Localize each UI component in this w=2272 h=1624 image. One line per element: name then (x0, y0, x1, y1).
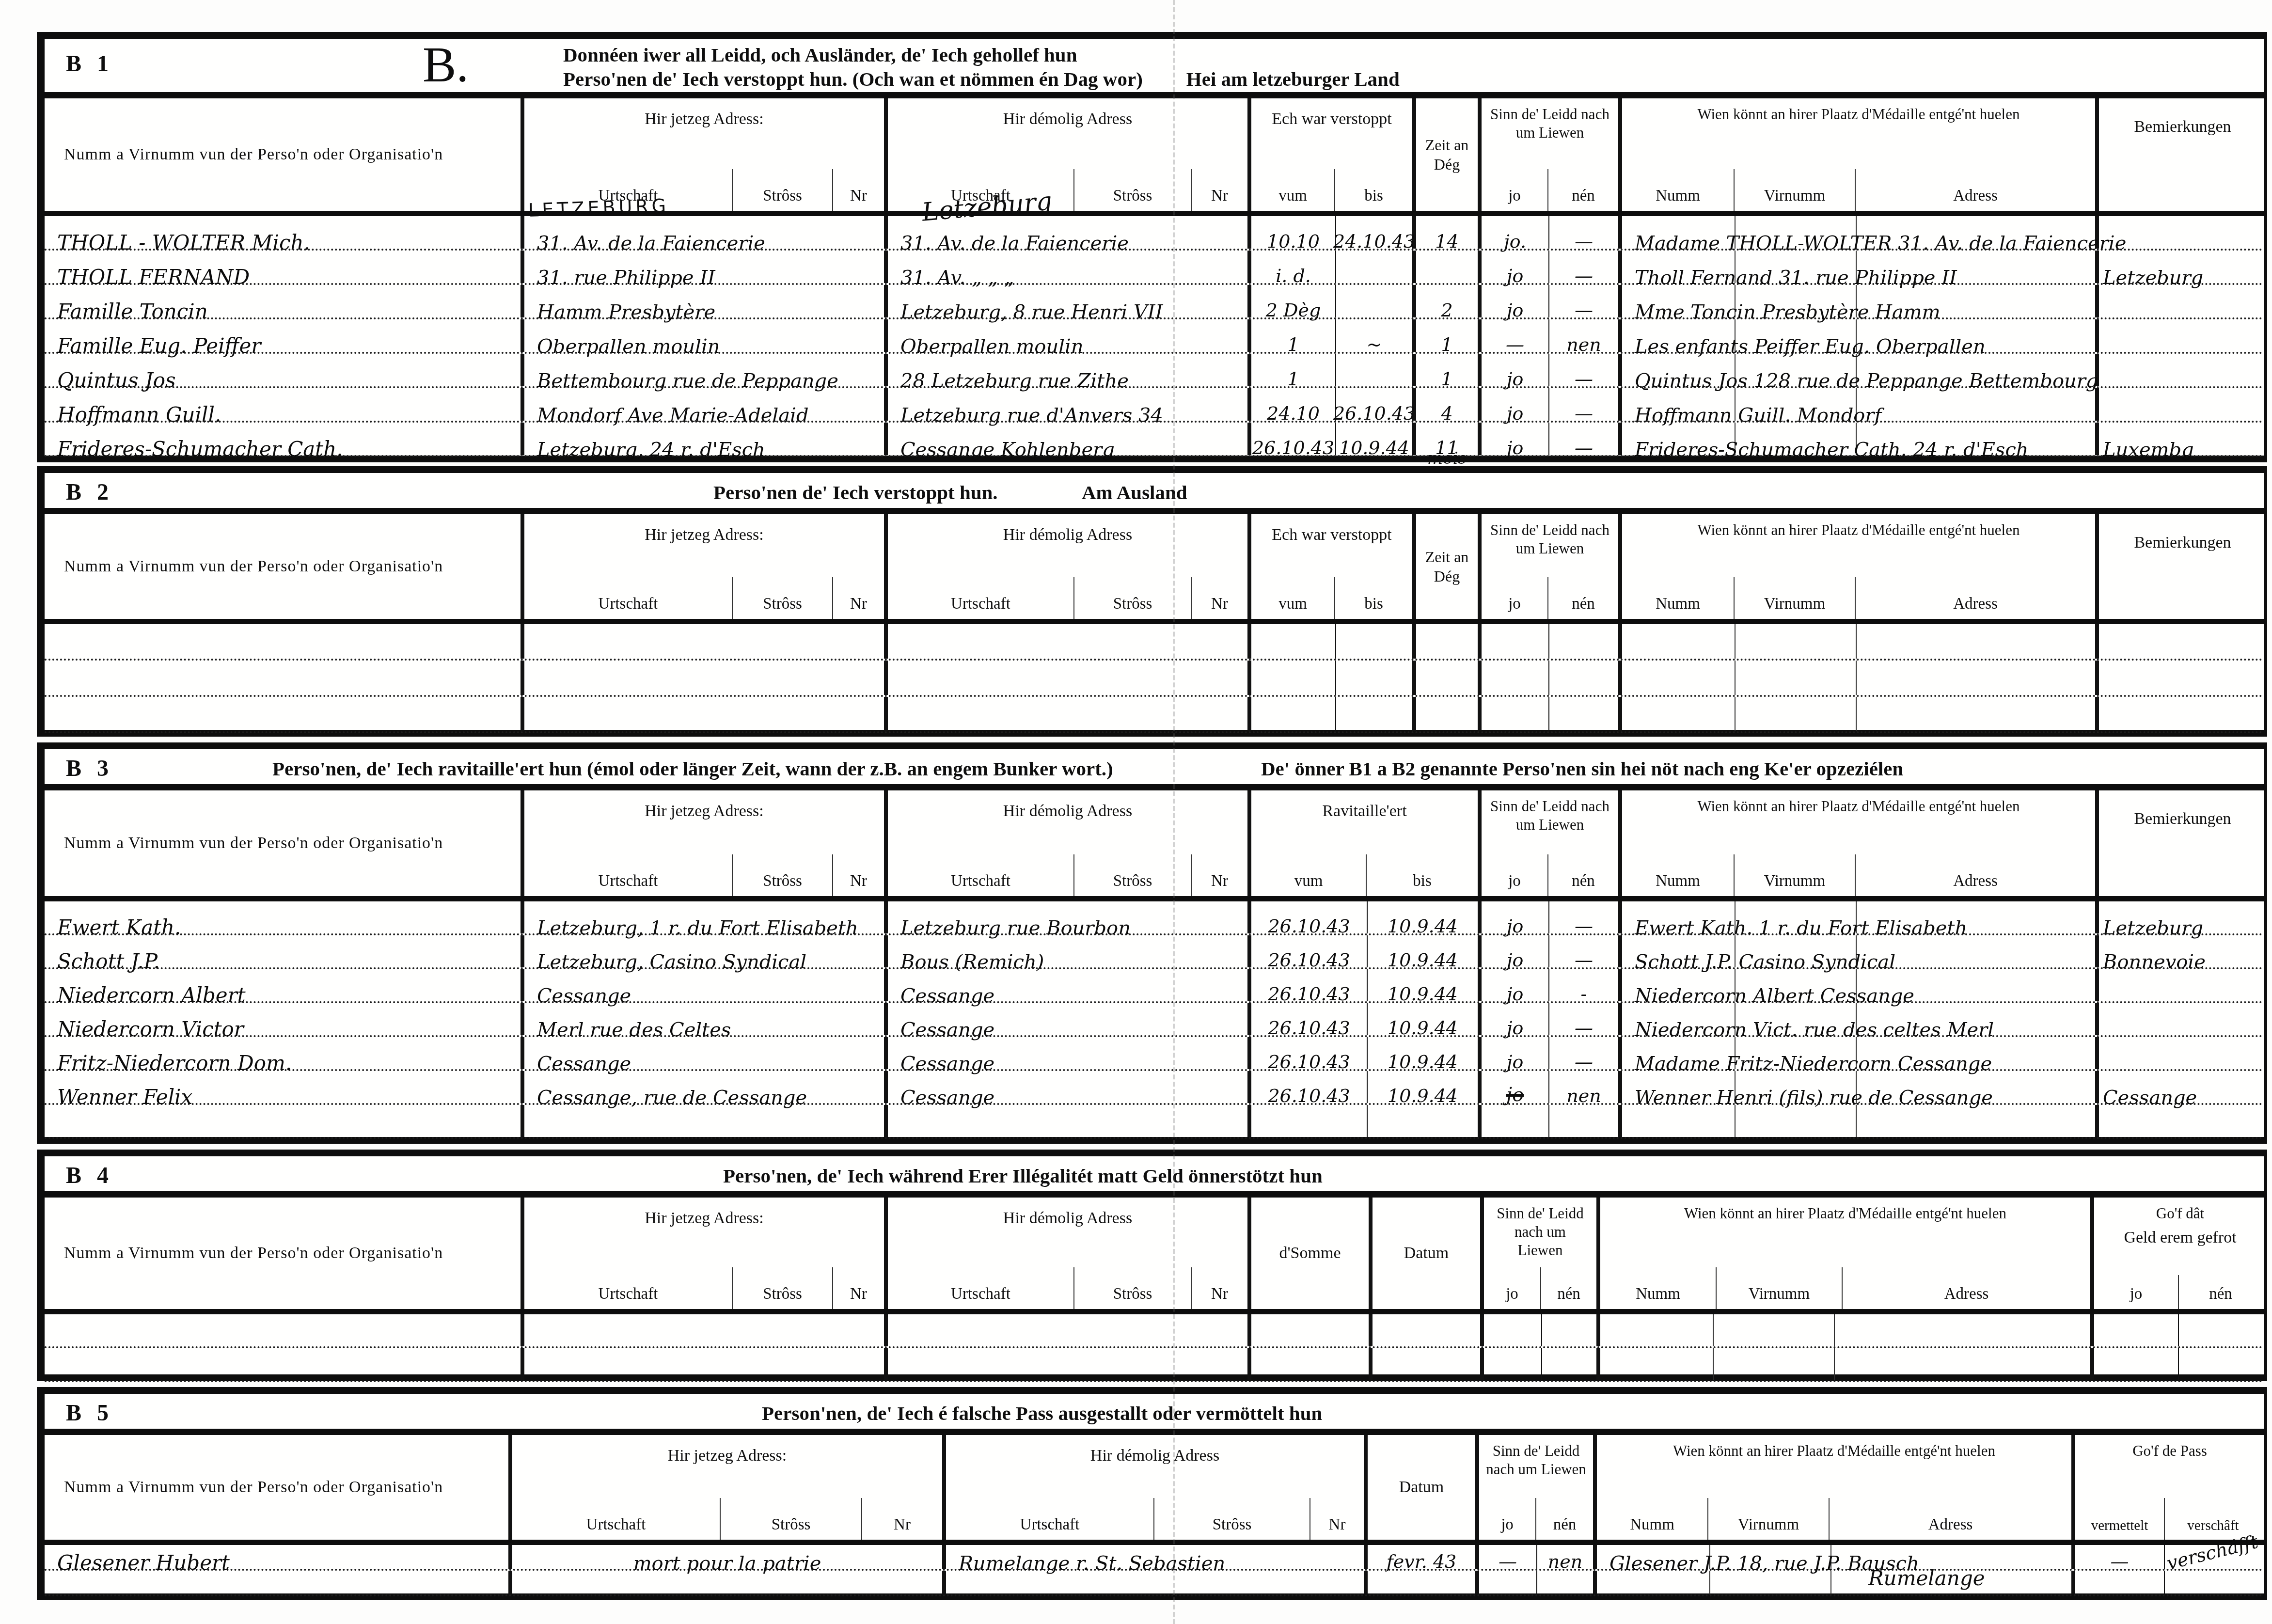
cell-vum: i. d. (1251, 251, 1336, 283)
table-row: Famille Toncin Hamm Presbytère Letzeburg… (45, 285, 2264, 319)
table-row: Schott J.P. Letzeburg, Casino Syndical B… (45, 935, 2264, 969)
header-col-bemierkungen: Bemierkungen (2099, 790, 2266, 896)
cell-bis: 26.10.43 (1336, 388, 1416, 421)
handwritten-date: 10.10 (1267, 232, 1320, 252)
handwritten-date: 26.10.43 (1252, 439, 1334, 458)
handwritten-address: Cessange (537, 1054, 631, 1074)
handwritten-address: 31. rue Philippe II (537, 268, 715, 288)
cell-medal-recipient: Madame Fritz-Niedercorn Cessange (1622, 1037, 2099, 1069)
handwritten-jo: jo (1507, 370, 1524, 389)
handwritten-address: Oberpallen moulin (537, 336, 720, 357)
cell-medal-recipient: Les enfants Peiffer Eug. Oberpallen (1622, 319, 2099, 352)
handwritten-address: Merl rue des Celtes (537, 1020, 731, 1040)
handwritten-address: Letzeburg, Casino Syndical (537, 952, 806, 972)
cell-name: Wenner Felix (45, 1071, 524, 1103)
cell-nen (1537, 1571, 1597, 1594)
cell-bis: 10.9.44 (1368, 1003, 1482, 1035)
cell-bis (1336, 697, 1416, 731)
handwritten-date: 1 (1287, 335, 1299, 355)
handwritten-jo: — (1499, 1552, 1517, 1572)
cell-vum: 1 (1251, 354, 1336, 386)
cell-medal-recipient: Tholl Fernand 31. rue Philippe II (1622, 251, 2099, 283)
cell-zeit: 4 (1416, 388, 1482, 421)
cell-demolig-adress: Cessange (888, 1003, 1251, 1035)
handwritten-medal-recipient-line2: Rumelange (1868, 1566, 1985, 1590)
handwritten-date: 10.9.44 (1388, 951, 1458, 970)
handwritten-days: 2 (1441, 301, 1452, 320)
cell-bemierkungen: Bonnevoie (2099, 935, 2266, 967)
cell-geld-jo (2094, 1314, 2179, 1346)
title-right: Hei am letzeburger Land (1186, 67, 1400, 91)
cell-somme (1251, 1348, 1373, 1380)
cell-jo: jo (1482, 354, 1549, 386)
handwritten-name: Ewert Kath. (57, 917, 181, 938)
handwritten-address: 31. Av. de la Faiencerie (537, 233, 765, 253)
handwritten-jo: jo. (1504, 232, 1526, 252)
handwritten-remark: Cessange (2103, 1088, 2197, 1108)
cell-datum (1373, 1314, 1484, 1346)
handwritten-nen: nen (1566, 335, 1601, 355)
header-col-bemierkungen: Bemierkungen (2099, 514, 2266, 619)
cell-datum (1373, 1348, 1484, 1380)
cell-jo (1482, 1105, 1549, 1137)
handwritten-address: 31. Av. „ „ „ (900, 268, 1014, 288)
section-letter: B. (423, 36, 469, 94)
cell-geld-nen (2179, 1314, 2266, 1346)
cell-jo: jo (1482, 969, 1549, 1001)
cell-vum (1251, 624, 1336, 659)
cell-jetzeg-adress (524, 661, 888, 695)
handwritten-date: 10.9.44 (1388, 1053, 1458, 1072)
handwritten-address: Cessange, rue de Cessange (537, 1088, 807, 1108)
cell-jo: jo (1482, 423, 1549, 455)
cell-jetzeg-adress (524, 1314, 888, 1346)
cell-bis (1336, 251, 1416, 283)
section-title: Perso'nen de' Iech verstoppt hun. (713, 481, 998, 504)
cell-vum: 26.10.43 (1251, 423, 1336, 455)
cell-bis: 10.9.44 (1368, 969, 1482, 1001)
handwritten-address: Letzeburg rue d'Anvers 34 (900, 405, 1163, 426)
handwritten-medal-recipient: Niedercorn Albert Cessange (1635, 986, 1914, 1006)
cell-jetzeg-adress: Cessange, rue de Cessange (524, 1071, 888, 1103)
section-title: Donnéen iwer all Leidd, och Ausländer, d… (563, 43, 1400, 91)
cell-demolig-adress (888, 624, 1251, 659)
table-row: Fritz-Niedercorn Dom. Cessange Cessange … (45, 1037, 2264, 1071)
cell-name: Famille Toncin (45, 285, 524, 317)
handwritten-medal-recipient: Les enfants Peiffer Eug. Oberpallen (1635, 336, 1986, 357)
handwritten-date: 24.10.43 (1333, 232, 1415, 252)
cell-vum: 10.10 (1251, 216, 1336, 249)
header-col-name: Numm a Virnumm vun der Perso'n oder Orga… (45, 1435, 512, 1540)
section-b3: B 3 Perso'nen, de' Iech ravitaille'ert h… (37, 742, 2267, 1144)
cell-bis: 10.9.44 (1336, 423, 1416, 455)
cell-bemierkungen: Cessange (2099, 1071, 2266, 1103)
section-id: B 4 (66, 1162, 113, 1189)
table-row: Glesener Hubert mort pour la patrie Rume… (45, 1545, 2264, 1571)
handwritten-name: Niedercorn Albert (57, 985, 246, 1006)
cell-bemierkungen (2099, 697, 2266, 731)
handwritten-nen: — (1575, 232, 1593, 252)
handwritten-date: 26.10.43 (1268, 951, 1350, 970)
cell-jo: jo (1482, 935, 1549, 967)
cell-name (45, 661, 524, 695)
header-col-sinn: Sinn de' Leidd nach um Liewen jo nén (1482, 790, 1622, 896)
cell-jetzeg-adress: Letzeburg, 1 r. du Fort Elisabeth (524, 901, 888, 933)
handwritten-date: 26.10.43 (1333, 404, 1415, 424)
table-row-empty (45, 624, 2264, 661)
header-col-sinn: Sinn de' Leidd nach um Liewen jo nén (1482, 514, 1622, 619)
cell-demolig-adress: Letzeburg rue Bourbon (888, 901, 1251, 933)
b4-rows (45, 1314, 2264, 1382)
header-col-demolig: Hir démolig Adress Urtschaft Strôss Nr (888, 1198, 1251, 1309)
header-col-sinn: Sinn de' Leidd nach um Liewen jo nén (1482, 98, 1622, 211)
handwritten-address: Rumelange r. St. Sebastien (959, 1553, 1225, 1574)
handwritten-address: Cessange (900, 1088, 994, 1108)
table-row-empty (45, 661, 2264, 697)
cell-bis (1336, 624, 1416, 659)
cell-medal-recipient (1600, 1314, 2094, 1346)
cell-nen (1549, 1105, 1622, 1137)
cell-demolig-adress: Rumelange r. St. Sebastien (946, 1545, 1368, 1569)
cell-jo: jo (1482, 251, 1549, 283)
handwritten-name: Famille Eug. Peiffer (57, 335, 261, 357)
handwritten-jo: jo (1507, 301, 1524, 320)
handwritten-jo: jo (1507, 917, 1524, 936)
handwritten-nen: — (1575, 917, 1593, 936)
cell-pass-verschaft (2165, 1571, 2264, 1594)
cell-bis: 10.9.44 (1368, 901, 1482, 933)
table-row-empty (45, 697, 2264, 733)
handwritten-name: Frideres-Schumacher Cath. (57, 439, 343, 460)
cell-jetzeg-adress: Bettembourg rue de Peppange (524, 354, 888, 386)
section-title: Perso'nen, de' Iech ravitaille'ert hun (… (272, 757, 1113, 780)
cell-jo: jo (1482, 1003, 1549, 1035)
handwritten-name: THOLL FERNAND (57, 267, 250, 288)
handwritten-medal-recipient: Madame THOLL-WOLTER 31. Av. de la Faienc… (1635, 233, 2126, 253)
section-id: B 3 (66, 755, 113, 782)
cell-name: Famille Eug. Peiffer (45, 319, 524, 352)
handwritten-nen: nen (1566, 1087, 1601, 1106)
cell-nen: nen (1549, 319, 1622, 352)
cell-medal-recipient (1600, 1348, 2094, 1380)
cell-jetzeg-adress (524, 697, 888, 731)
cell-jetzeg-adress: Hamm Presbytère (524, 285, 888, 317)
cell-bemierkungen: Letzeburg (2099, 251, 2266, 283)
handwritten-date: 1 (1287, 370, 1299, 389)
cell-bis: 10.9.44 (1368, 1037, 1482, 1069)
cell-medal-recipient: Wenner Henri (fils) rue de Cessange (1622, 1071, 2099, 1103)
cell-jo (1482, 624, 1549, 659)
header-col-medal: Wien könnt an hirer Plaatz d'Médaille en… (1622, 514, 2099, 619)
handwritten-days: 4 (1441, 404, 1452, 424)
header-col-jetzeg: Hir jetzeg Adress: Urtschaft Strôss Nr (524, 790, 888, 896)
table-row: Frideres-Schumacher Cath. Letzeburg, 24 … (45, 423, 2264, 457)
cell-jo (1482, 661, 1549, 695)
cell-bis (1336, 354, 1416, 386)
handwritten-name: Schott J.P. (57, 951, 160, 972)
handwritten-date: 10.9.44 (1339, 439, 1409, 458)
cell-pass-verschaft: verschäfft (2165, 1545, 2264, 1569)
cell-jetzeg-adress: Cessange (524, 1037, 888, 1069)
cell-demolig-adress (888, 1105, 1251, 1137)
cell-medal-recipient: Frideres-Schumacher Cath. 24 r. d'Esch (1622, 423, 2099, 455)
cell-medal-recipient: Mme Toncin Presbytère Hamm (1622, 285, 2099, 317)
cell-name: Schott J.P. (45, 935, 524, 967)
cell-demolig-adress: Letzeburg rue d'Anvers 34 (888, 388, 1251, 421)
section-b1-title-band: B 1 B. Donnéen iwer all Leidd, och Auslä… (45, 39, 2264, 98)
header-col-demolig: Hir démolig Adress Urtschaft Strôss Nr (888, 514, 1251, 619)
handwritten-date: 10.9.44 (1388, 917, 1458, 936)
table-row-empty (45, 1348, 2264, 1382)
cell-zeit (1416, 251, 1482, 283)
section-title-right: Am Ausland (1082, 481, 1187, 504)
cell-jo: — (1482, 319, 1549, 352)
handwritten-address: mort pour la patrie (633, 1553, 821, 1574)
handwritten-name: Hoffmann Guill. (57, 404, 221, 426)
handwritten-medal-recipient: Hoffmann Guill. Mondorf (1635, 405, 1881, 426)
cell-medal-recipient: Schott J.P. Casino Syndical (1622, 935, 2099, 967)
header-col-bemierkungen: Bemierkungen (2099, 98, 2266, 211)
cell-jetzeg-adress: Letzeburg, 24 r. d'Esch (524, 423, 888, 455)
handwritten-nen: — (1575, 301, 1593, 320)
cell-zeit: 11mois (1416, 423, 1482, 455)
cell-nen: — (1549, 354, 1622, 386)
cell-name: Glesener Hubert (45, 1545, 512, 1569)
cell-demolig-adress: Oberpallen moulin (888, 319, 1251, 352)
header-col-medal: Wien könnt an hirer Plaatz d'Médaille en… (1597, 1435, 2075, 1540)
section-b3-title-band: B 3 Perso'nen, de' Iech ravitaille'ert h… (45, 749, 2264, 790)
handwritten-address: Cessange (537, 986, 631, 1006)
header-col-jetzeg: Hir jetzeg Adress: Urtschaft Strôss Nr (524, 514, 888, 619)
cell-nen: — (1549, 285, 1622, 317)
cell-nen (1542, 1314, 1600, 1346)
cell-name: Fritz-Niedercorn Dom. (45, 1037, 524, 1069)
handwritten-remark: Luxembg (2103, 440, 2194, 460)
cell-name: Quintus Jos (45, 354, 524, 386)
cell-zeit (1416, 697, 1482, 731)
cell-nen (1549, 624, 1622, 659)
handwritten-nen: — (1575, 439, 1593, 458)
handwritten-nen: — (1575, 1053, 1593, 1072)
title-line2: Perso'nen de' Iech verstoppt hun. (Och w… (563, 67, 1143, 91)
cell-jetzeg-adress: 31. Av. de la Faiencerie (524, 216, 888, 249)
cell-bis: ~ (1336, 319, 1416, 352)
cell-medal-recipient (1622, 697, 2099, 731)
handwritten-medal-recipient: Ewert Kath. 1 r. du Fort Elisabeth (1635, 918, 1967, 938)
handwritten-jo: jo (1507, 267, 1524, 286)
b1-rows: THOLL - WOLTER Mich. 31. Av. de la Faien… (45, 216, 2264, 457)
cell-jetzeg-adress (524, 624, 888, 659)
handwritten-remark: Letzeburg (2103, 918, 2203, 938)
header-col-demolig: Hir démolig Adress Urtschaft Strôss Nr (888, 790, 1251, 896)
header-col-medal: Wien könnt an hirer Plaatz d'Médaille en… (1622, 790, 2099, 896)
header-col-gof-geld: Go'f dât Geld erem gefrot jo nén (2094, 1198, 2266, 1309)
header-col-name: Numm a Virnumm vun der Perso'n oder Orga… (45, 1198, 524, 1309)
cell-vum: 26.10.43 (1251, 1003, 1368, 1035)
cell-zeit: 1 (1416, 319, 1482, 352)
table-row: Quintus Jos Bettembourg rue de Peppange … (45, 354, 2264, 388)
cell-demolig-adress: 31. Av. „ „ „ (888, 251, 1251, 283)
handwritten-date: 26.10.43 (1268, 1053, 1350, 1072)
handwritten-address: Cessange (900, 986, 994, 1006)
b3-rows: Ewert Kath. Letzeburg, 1 r. du Fort Elis… (45, 901, 2264, 1139)
header-col-gof-pass: Go'f de Pass vermettelt verschâft (2075, 1435, 2264, 1540)
cell-medal-recipient (1622, 1105, 2099, 1137)
cell-vum: 24.10 (1251, 388, 1336, 421)
header-col-sinn: Sinn de' Leidd nach um Liewen jo nén (1479, 1435, 1597, 1540)
cell-vum: 26.10.43 (1251, 901, 1368, 933)
cell-jetzeg-adress: Merl rue des Celtes (524, 1003, 888, 1035)
cell-name: Hoffmann Guill. (45, 388, 524, 421)
handwritten-nen: — (1575, 370, 1593, 389)
cell-medal-recipient: Niedercorn Albert Cessange (1622, 969, 2099, 1001)
cell-jetzeg-adress: Oberpallen moulin (524, 319, 888, 352)
handwritten-date: 10.9.44 (1388, 1019, 1458, 1038)
handwritten-address: Letzeburg, 1 r. du Fort Elisabeth (537, 918, 858, 938)
section-b1: B 1 B. Donnéen iwer all Leidd, och Auslä… (37, 32, 2267, 462)
handwritten-vermettelt: — (2111, 1552, 2129, 1572)
cell-demolig-adress (888, 697, 1251, 731)
cell-bemierkungen (2099, 1003, 2266, 1035)
header-col-name: Numm a Virnumm vun der Perso'n oder Orga… (45, 514, 524, 619)
cell-demolig-adress: Cessange (888, 969, 1251, 1001)
cell-jetzeg-adress (524, 1348, 888, 1380)
cell-zeit (1416, 661, 1482, 695)
table-row (45, 1105, 2264, 1139)
section-id: B 1 (66, 50, 113, 77)
cell-jo: jo (1482, 1037, 1549, 1069)
cell-demolig-adress: Cessange (888, 1037, 1251, 1069)
handwritten-address: Bous (Remich) (900, 952, 1044, 972)
handwritten-date: 26.10.43 (1268, 917, 1350, 936)
cell-jo (1484, 1314, 1542, 1346)
fold-crease-line (1173, 0, 1175, 1624)
cell-nen (1549, 697, 1622, 731)
cell-zeit (1416, 624, 1482, 659)
header-col-jetzeg: Hir jetzeg Adress: Urtschaft Strôss Nr (524, 1198, 888, 1309)
b5-rows: Glesener Hubert mort pour la patrie Rume… (45, 1545, 2264, 1596)
handwritten-address: Cessange Kohlenberg (900, 440, 1115, 460)
handwritten-address: 31. Av. de la Faiencerie (900, 233, 1129, 253)
cell-vum: 26.10.43 (1251, 1037, 1368, 1069)
cell-vum: 2 Dèg (1251, 285, 1336, 317)
cell-vum (1251, 661, 1336, 695)
header-col-medal: Wien könnt an hirer Plaatz d'Médaille en… (1622, 98, 2099, 211)
handwritten-remark: Letzeburg (2103, 268, 2203, 288)
handwritten-name: Quintus Jos (57, 370, 175, 391)
cell-bemierkungen (2099, 388, 2266, 421)
handwritten-days: 14 (1435, 232, 1458, 252)
handwritten-address: Bettembourg rue de Peppange (537, 371, 838, 391)
section-title-2: De' önner B1 a B2 genannte Perso'nen sin… (1261, 757, 1903, 780)
cell-medal-recipient: Niedercorn Vict. rue des celtes Merl (1622, 1003, 2099, 1035)
cell-geld-nen (2179, 1348, 2266, 1380)
cell-medal-recipient: Madame THOLL-WOLTER 31. Av. de la Faienc… (1622, 216, 2099, 249)
title-line1: Donnéen iwer all Leidd, och Ausländer, d… (563, 43, 1400, 67)
cell-demolig-adress (888, 1314, 1251, 1346)
cell-datum: fevr. 43 (1368, 1545, 1479, 1569)
cell-medal-recipient (1622, 661, 2099, 695)
table-row: Hoffmann Guill. Mondorf Ave Marie-Adelai… (45, 388, 2264, 423)
cell-jo (1479, 1571, 1537, 1594)
table-row-empty (45, 1314, 2264, 1348)
handwritten-address: Oberpallen moulin (900, 336, 1084, 357)
cell-nen: — (1549, 935, 1622, 967)
cell-name: Frideres-Schumacher Cath. (45, 423, 524, 455)
handwritten-date: fevr. 43 (1387, 1552, 1457, 1572)
handwritten-medal-recipient: Niedercorn Vict. rue des celtes Merl (1635, 1020, 1994, 1040)
cell-bemierkungen (2099, 661, 2266, 695)
cell-bemierkungen (2099, 319, 2266, 352)
handwritten-date: 10.9.44 (1388, 985, 1458, 1004)
handwritten-nen: — (1575, 267, 1593, 286)
table-row: Wenner Felix Cessange, rue de Cessange C… (45, 1071, 2264, 1105)
handwritten-name: Fritz-Niedercorn Dom. (57, 1053, 292, 1074)
cell-vum: 26.10.43 (1251, 1071, 1368, 1103)
b2-rows (45, 624, 2264, 733)
cell-nen: — (1549, 1037, 1622, 1069)
cell-nen: nen (1537, 1545, 1597, 1569)
cell-jo: jo (1482, 901, 1549, 933)
cell-jetzeg-adress: Cessange (524, 969, 888, 1001)
handwritten-name: Glesener Hubert (57, 1552, 230, 1574)
handwritten-nen: nen (1548, 1552, 1582, 1572)
scanned-form-page: B 1 B. Donnéen iwer all Leidd, och Auslä… (0, 0, 2272, 1624)
handwritten-jo: jo (1507, 1019, 1524, 1038)
table-row: Niedercorn Victor Merl rue des Celtes Ce… (45, 1003, 2264, 1037)
cell-jetzeg-adress: 31. rue Philippe II (524, 251, 888, 283)
handwritten-jo-struck: jo (1506, 1084, 1524, 1106)
header-col-demolig: Hir démolig Adress Urtschaft Strôss Nr (946, 1435, 1368, 1540)
header-col-demolig: Hir démolig Adress Urtschaft Strôss Nr L… (888, 98, 1251, 211)
handwritten-medal-recipient: Quintus Jos 128 rue de Peppange Bettembo… (1635, 371, 2098, 391)
header-col-datum: Datum (1368, 1435, 1479, 1540)
cell-bis (1336, 661, 1416, 695)
cell-vum: 26.10.43 (1251, 935, 1368, 967)
table-row: Famille Eug. Peiffer Oberpallen moulin O… (45, 319, 2264, 354)
handwritten-address: Letzeburg rue Bourbon (900, 918, 1131, 938)
header-col-sinn: Sinn de' Leidd nach um Liewen jo nén (1484, 1198, 1600, 1309)
cell-demolig-adress: Cessange Kohlenberg (888, 423, 1251, 455)
section-b4: B 4 Perso'nen, de' Iech während Erer Ill… (37, 1150, 2267, 1381)
handwritten-address: Letzeburg, 8 rue Henri VII (900, 302, 1163, 322)
cell-name: Niedercorn Victor (45, 1003, 524, 1035)
section-b4-title-band: B 4 Perso'nen, de' Iech während Erer Ill… (45, 1156, 2264, 1198)
table-row: THOLL - WOLTER Mich. 31. Av. de la Faien… (45, 216, 2264, 251)
cell-name: THOLL - WOLTER Mich. (45, 216, 524, 249)
cell-bemierkungen: Letzeburg (2099, 901, 2266, 933)
cell-name (45, 1314, 524, 1346)
handwritten-nen: — (1575, 951, 1593, 970)
handwritten-medal-recipient: Madame Fritz-Niedercorn Cessange (1635, 1054, 1992, 1074)
cell-name (45, 1105, 524, 1137)
header-col-zeit: Zeit an Dég (1416, 514, 1482, 619)
header-col-verstoppt: Ech war verstoppt vum bis (1251, 98, 1416, 211)
header-col-ravitailleert: Ravitaille'ert vum bis (1251, 790, 1482, 896)
handwritten-address: Hamm Presbytère (537, 302, 715, 322)
section-id: B 5 (66, 1400, 113, 1426)
header-col-medal: Wien könnt an hirer Plaatz d'Médaille en… (1600, 1198, 2094, 1309)
section-b2: B 2 Perso'nen de' Iech verstoppt hun. Am… (37, 466, 2267, 737)
cell-bis (1368, 1105, 1482, 1137)
cell-bis (1336, 285, 1416, 317)
handwritten-address: 28 Letzeburg rue Zithe (900, 371, 1129, 391)
cell-nen: — (1549, 901, 1622, 933)
header-col-name: Numm a Virnumm vun der Perso'n oder Orga… (45, 790, 524, 896)
cell-bis: 10.9.44 (1368, 1071, 1482, 1103)
cell-demolig-adress: Bous (Remich) (888, 935, 1251, 967)
cell-vum (1251, 1105, 1368, 1137)
